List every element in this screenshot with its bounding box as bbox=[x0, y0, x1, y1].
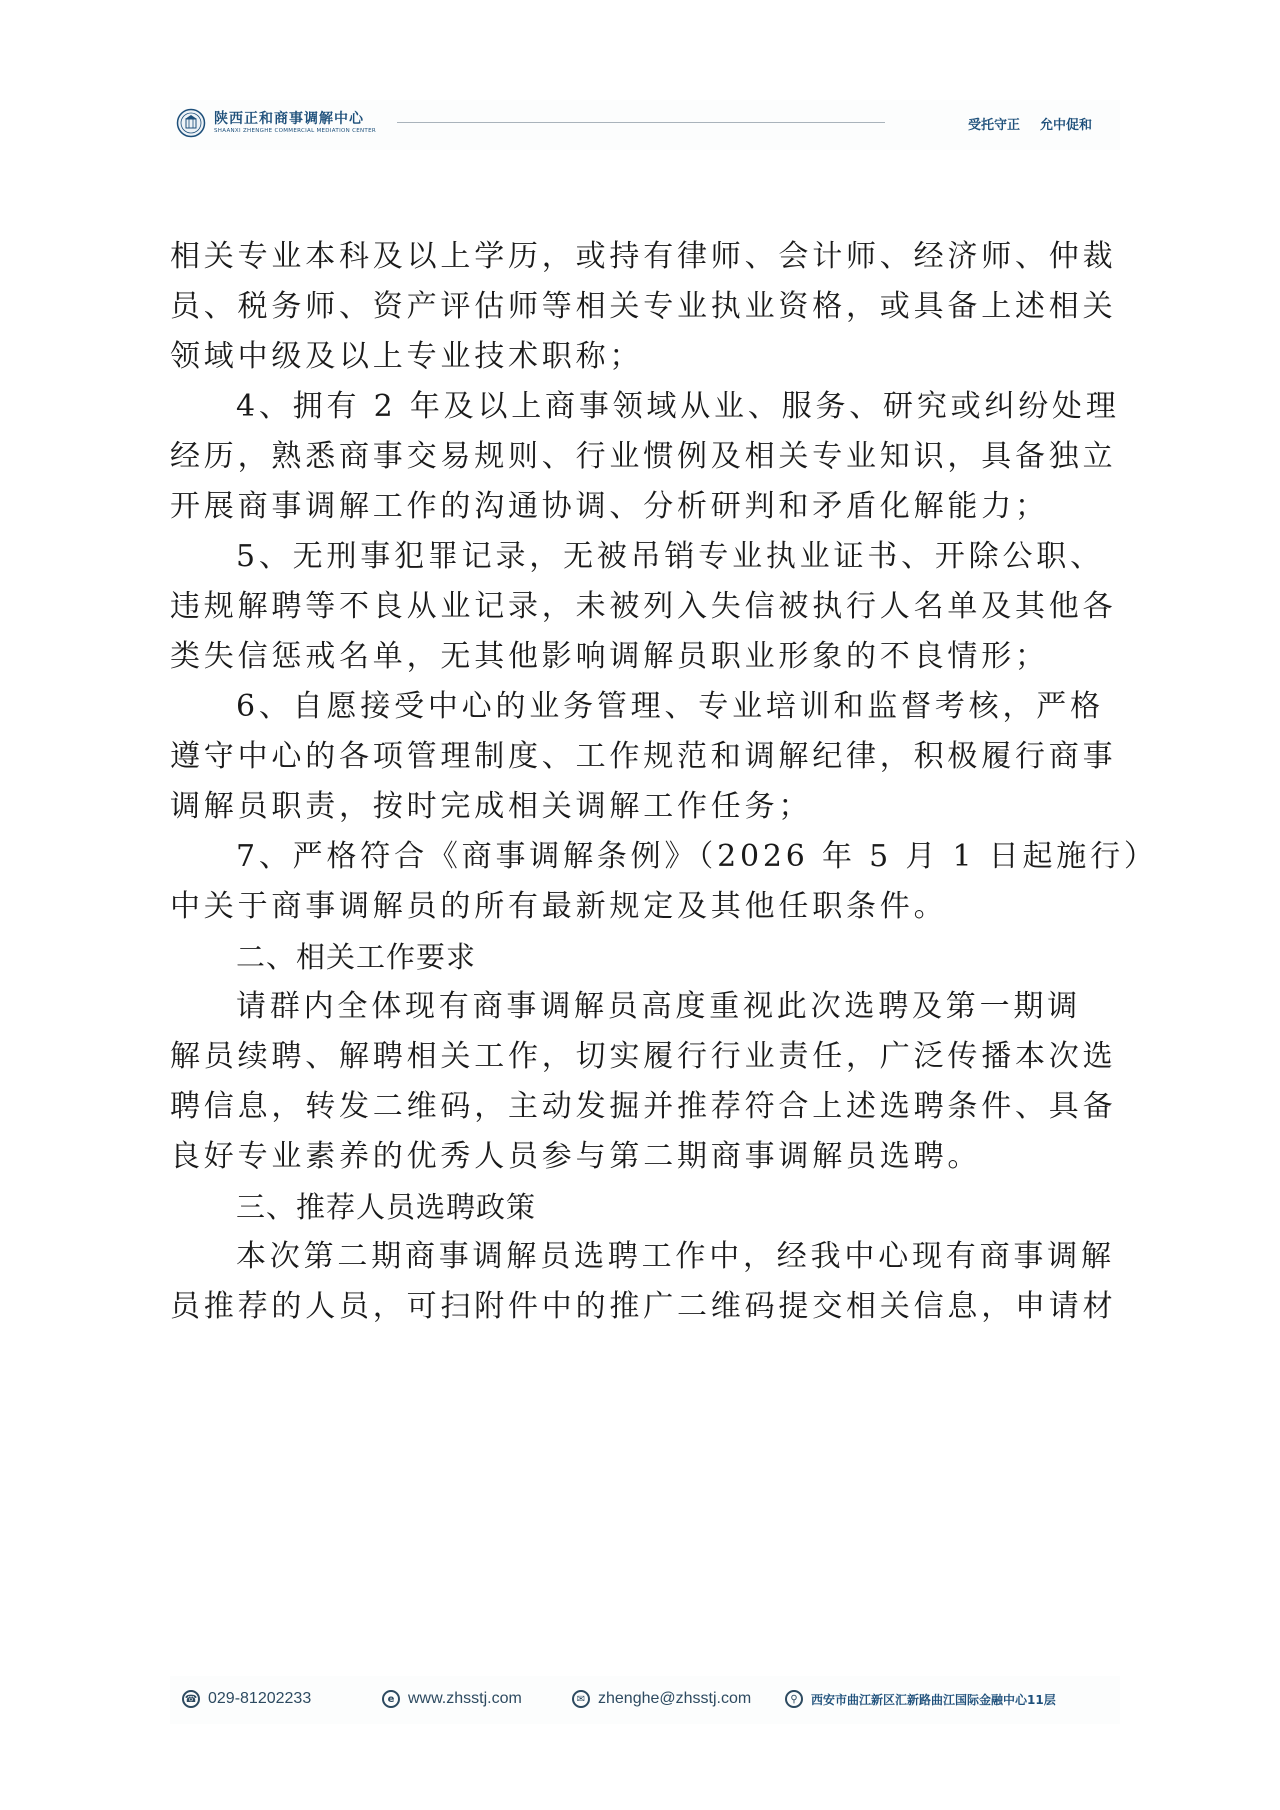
document-body: 相关专业本科及以上学历，或持有律师、会计师、经济师、仲裁 员、税务师、资产评估师… bbox=[170, 232, 1120, 1332]
footer-email: ✉ zhenghe@zhsstj.com bbox=[572, 1690, 751, 1708]
body-line: 调解员职责，按时完成相关调解工作任务； bbox=[170, 782, 1120, 832]
phone-number: 029-81202233 bbox=[208, 1690, 311, 1708]
body-line: 相关专业本科及以上学历，或持有律师、会计师、经济师、仲裁 bbox=[170, 232, 1120, 282]
footer-phone: ☎ 029-81202233 bbox=[182, 1690, 311, 1708]
location-pin-icon: ⚲ bbox=[785, 1690, 803, 1708]
body-line: 良好专业素养的优秀人员参与第二期商事调解员选聘。 bbox=[170, 1132, 1120, 1182]
body-line: 中关于商事调解员的所有最新规定及其他任职条件。 bbox=[170, 882, 1120, 932]
address-text: 西安市曲江新区汇新路曲江国际金融中心11层 bbox=[811, 1691, 1056, 1708]
website-link[interactable]: www.zhsstj.com bbox=[408, 1690, 522, 1708]
body-line: 员推荐的人员，可扫附件中的推广二维码提交相关信息，申请材 bbox=[170, 1282, 1120, 1332]
body-line: 员、税务师、资产评估师等相关专业执业资格，或具备上述相关 bbox=[170, 282, 1120, 332]
body-line-item-4: 4、拥有 2 年及以上商事领域从业、服务、研究或纠纷处理 bbox=[170, 382, 1120, 432]
body-line: 解员续聘、解聘相关工作，切实履行行业责任，广泛传播本次选 bbox=[170, 1032, 1120, 1082]
footer-website: e www.zhsstj.com bbox=[382, 1690, 522, 1708]
web-browser-icon: e bbox=[382, 1690, 400, 1708]
body-line: 经历，熟悉商事交易规则、行业惯例及相关专业知识，具备独立 bbox=[170, 432, 1120, 482]
section-heading-3: 三、推荐人员选聘政策 bbox=[170, 1182, 1120, 1232]
letterhead-footer: ☎ 029-81202233 e www.zhsstj.com ✉ zhengh… bbox=[170, 1676, 1120, 1724]
body-line: 请群内全体现有商事调解员高度重视此次选聘及第一期调 bbox=[170, 982, 1120, 1032]
document-page: 陕西正和商事调解中心 SHAANXI ZHENGHE COMMERCIAL ME… bbox=[0, 0, 1280, 1810]
email-link[interactable]: zhenghe@zhsstj.com bbox=[598, 1690, 751, 1708]
motto-2: 允中促和 bbox=[1040, 114, 1092, 133]
motto-1: 受托守正 bbox=[968, 114, 1020, 133]
org-name-en: SHAANXI ZHENGHE COMMERCIAL MEDIATION CEN… bbox=[214, 128, 376, 134]
body-line: 开展商事调解工作的沟通协调、分析研判和矛盾化解能力； bbox=[170, 482, 1120, 532]
body-line-item-7: 7、严格符合《商事调解条例》（2026 年 5 月 1 日起施行） bbox=[170, 832, 1120, 882]
body-line: 领域中级及以上专业技术职称； bbox=[170, 332, 1120, 382]
body-line-item-6: 6、自愿接受中心的业务管理、专业培训和监督考核，严格 bbox=[170, 682, 1120, 732]
org-name-cn: 陕西正和商事调解中心 bbox=[214, 108, 364, 128]
phone-icon: ☎ bbox=[182, 1690, 200, 1708]
body-line: 遵守中心的各项管理制度、工作规范和调解纪律，积极履行商事 bbox=[170, 732, 1120, 782]
body-line: 类失信惩戒名单，无其他影响调解员职业形象的不良情形； bbox=[170, 632, 1120, 682]
section-heading-2: 二、相关工作要求 bbox=[170, 932, 1120, 982]
letterhead: 陕西正和商事调解中心 SHAANXI ZHENGHE COMMERCIAL ME… bbox=[170, 100, 1120, 150]
body-line-item-5: 5、无刑事犯罪记录，无被吊销专业执业证书、开除公职、 bbox=[170, 532, 1120, 582]
body-line: 违规解聘等不良从业记录，未被列入失信被执行人名单及其他各 bbox=[170, 582, 1120, 632]
email-icon: ✉ bbox=[572, 1690, 590, 1708]
building-emblem-icon bbox=[176, 108, 206, 138]
header-divider bbox=[397, 122, 885, 123]
body-line: 本次第二期商事调解员选聘工作中，经我中心现有商事调解 bbox=[170, 1232, 1120, 1282]
body-line: 聘信息，转发二维码，主动发掘并推荐符合上述选聘条件、具备 bbox=[170, 1082, 1120, 1132]
footer-address: ⚲ 西安市曲江新区汇新路曲江国际金融中心11层 bbox=[785, 1690, 1056, 1708]
